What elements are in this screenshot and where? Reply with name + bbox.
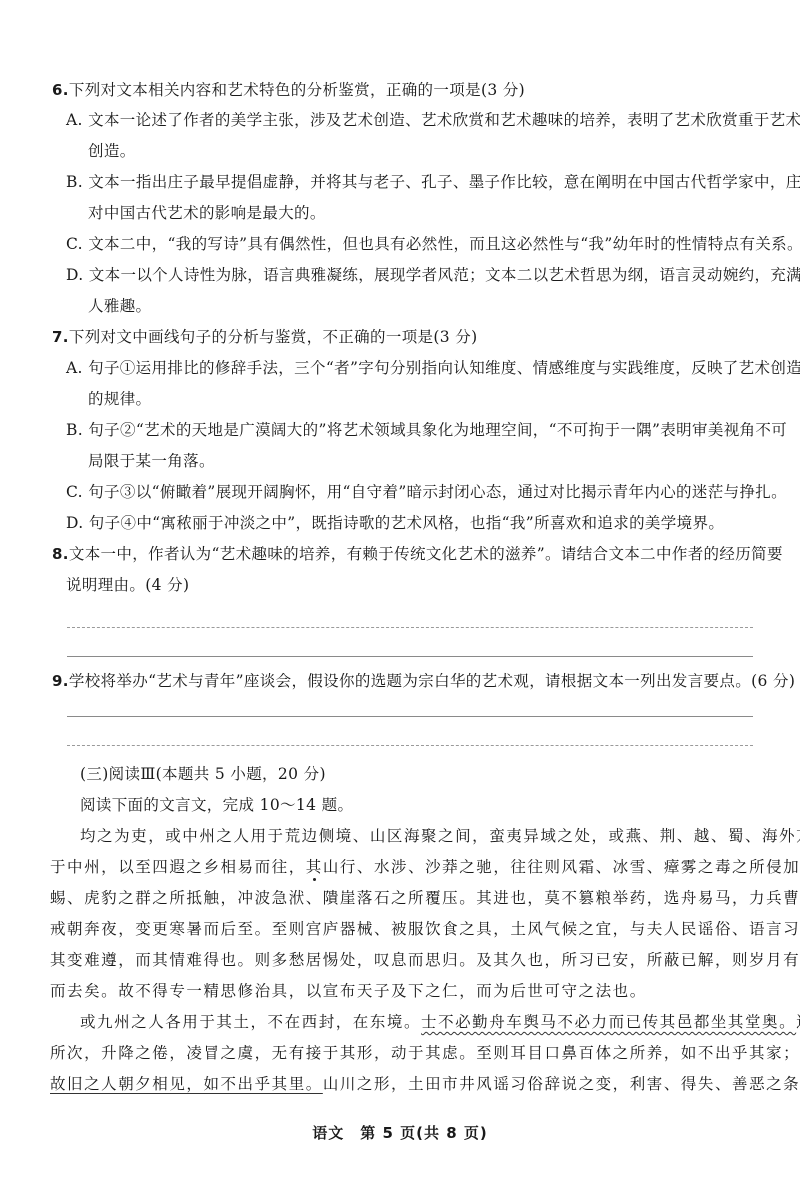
question-8-stem: 8.文本一中，作者认为“艺术趣味的培养，有赖于传统文化艺术的滋养”。请结合文本二… — [52, 544, 783, 564]
text-segment: 其变难遵，而其情难得也。则多愁居惕处，叹息而思归。及其久也，所习已安，所蔽已解，… — [50, 951, 800, 969]
classical-text-line: 戒朝奔夜，变更寒暑而后至。至则宫庐器械、被服饮食之具，土风气候之宜，与夫人民谣俗… — [50, 919, 800, 939]
underlined-sentence: 故旧之人朝夕相见，如不出乎其里。 — [50, 1075, 323, 1093]
q6-option-a-cont: 创造。 — [88, 141, 136, 161]
q6-option-b-cont: 对中国古代艺术的影响是最大的。 — [88, 203, 326, 223]
q8-answer-line-2[interactable] — [67, 656, 753, 657]
q7-option-b-cont: 局限于某一角落。 — [88, 451, 215, 471]
question-8-stem-cont: 说明理由。(4 分) — [66, 575, 189, 595]
q6-option-b: B. 文本一指出庄子最早提倡虚静，并将其与老子、孔子、墨子作比较，意在阐明在中国… — [66, 172, 800, 192]
question-number: 9. — [52, 672, 69, 690]
exam-page: 6.下列对文本相关内容和艺术特色的分析鉴赏，正确的一项是(3 分) A. 文本一… — [0, 0, 800, 1198]
q7-option-a-cont: 的规律。 — [88, 389, 151, 409]
classical-text-line: 均之为吏，或中州之人用于荒边侧境、山区海聚之间，蛮夷异域之处，或燕、荆、越、蜀、… — [80, 826, 800, 846]
q7-option-b: B. 句子②“艺术的天地是广漠阔大的”将艺术领域具象化为地理空间，“不可拘于一隅… — [66, 420, 787, 440]
classical-text-line: 或九州之人各用于其土，不在西封，在东境。士不必勤舟车舆马不必力而已传其邑都坐其堂… — [80, 1012, 800, 1032]
question-number: 8. — [52, 545, 69, 563]
classical-text-line: 蜴、虎豹之群之所抵触，冲波急洑、隤崖落石之所覆压。其进也，莫不篡粮举药，选舟易马… — [50, 888, 800, 908]
page-footer: 语文 第 5 页(共 8 页) — [0, 1122, 800, 1143]
text-segment: 山行、水涉、沙莽之驰，往往则风霜、冰雪、瘴雾之毒之所侵加，蛟龙、虺 — [323, 858, 800, 876]
text-segment: 道途 — [796, 1013, 800, 1031]
q9-answer-line-2[interactable] — [67, 745, 753, 746]
text-segment: 于中州，以至四遐之乡相易而往， — [50, 858, 306, 876]
classical-text-line: 所次，升降之倦，凌冒之虞，无有接于其形，动于其虑。至则耳目口鼻百体之所养，如不出… — [50, 1043, 800, 1063]
question-9-stem: 9.学校将举办“艺术与青年”座谈会，假设你的选题为宗白华的艺术观，请根据文本一列… — [52, 671, 795, 691]
text-segment: 或九州之人各用于其土，不在西封，在东境。 — [80, 1013, 421, 1031]
text-segment: 山川之形，土田市井风谣习俗辞说之变，利害、得失、善恶之条贯，非其 — [323, 1075, 800, 1093]
question-6-stem: 6.下列对文本相关内容和艺术特色的分析鉴赏，正确的一项是(3 分) — [52, 80, 525, 100]
classical-text-line: 其变难遵，而其情难得也。则多愁居惕处，叹息而思归。及其久也，所习已安，所蔽已解，… — [50, 950, 800, 970]
classical-text-line: 于中州，以至四遐之乡相易而往，其山行、水涉、沙莽之驰，往往则风霜、冰雪、瘴雾之毒… — [50, 857, 800, 877]
question-text: 学校将举办“艺术与青年”座谈会，假设你的选题为宗白华的艺术观，请根据文本一列出发… — [69, 672, 795, 690]
q8-answer-line-1[interactable] — [67, 627, 753, 628]
q6-option-d-cont: 人雅趣。 — [88, 296, 151, 316]
q7-option-c: C. 句子③以“俯瞰着”展现开阔胸怀，用“自守着”暗示封闭心态，通过对比揭示青年… — [66, 482, 787, 502]
q7-option-d: D. 句子④中“寓秾丽于冲淡之中”，既指诗歌的艺术风格，也指“我”所喜欢和追求的… — [66, 513, 724, 533]
question-text: 下列对文中画线句子的分析与鉴赏，不正确的一项是(3 分) — [69, 328, 478, 346]
text-segment: 所次，升降之倦，凌冒之虞，无有接于其形，动于其虑。至则耳目口鼻百体之所养，如不出… — [50, 1044, 800, 1062]
wavy-underlined-sentence: 士不必勤舟车舆马不必力而已传其邑都坐其堂奥。 — [421, 1013, 796, 1031]
section-instruction: 阅读下面的文言文，完成 10～14 题。 — [80, 795, 353, 815]
classical-text-line: 故旧之人朝夕相见，如不出乎其里。山川之形，土田市井风谣习俗辞说之变，利害、得失、… — [50, 1074, 800, 1094]
section-heading: (三)阅读Ⅲ(本题共 5 小题，20 分) — [80, 764, 326, 784]
classical-text-line: 而去矣。故不得专一精思修治具，以宣布天子及下之仁，而为后世可守之法也。 — [50, 981, 647, 1001]
q6-option-c: C. 文本二中，“我的写诗”具有偶然性，但也具有必然性，而且这必然性与“我”幼年… — [66, 234, 800, 254]
question-7-stem: 7.下列对文中画线句子的分析与鉴赏，不正确的一项是(3 分) — [52, 327, 478, 347]
q9-answer-line-1[interactable] — [67, 716, 753, 717]
question-text: 文本一中，作者认为“艺术趣味的培养，有赖于传统文化艺术的滋养”。请结合文本二中作… — [69, 545, 783, 563]
emphasis-dot-char: 其 — [306, 858, 323, 876]
question-number: 6. — [52, 81, 69, 99]
q6-option-a: A. 文本一论述了作者的美学主张，涉及艺术创造、艺术欣赏和艺术趣味的培养，表明了… — [66, 110, 800, 130]
question-text: 下列对文本相关内容和艺术特色的分析鉴赏，正确的一项是(3 分) — [69, 81, 525, 99]
q6-option-d: D. 文本一以个人诗性为脉，语言典雅凝练，展现学者风范；文本二以艺术哲思为纲，语… — [66, 265, 800, 285]
q7-option-a: A. 句子①运用排比的修辞手法，三个“者”字句分别指向认知维度、情感维度与实践维… — [66, 358, 800, 378]
question-number: 7. — [52, 328, 69, 346]
